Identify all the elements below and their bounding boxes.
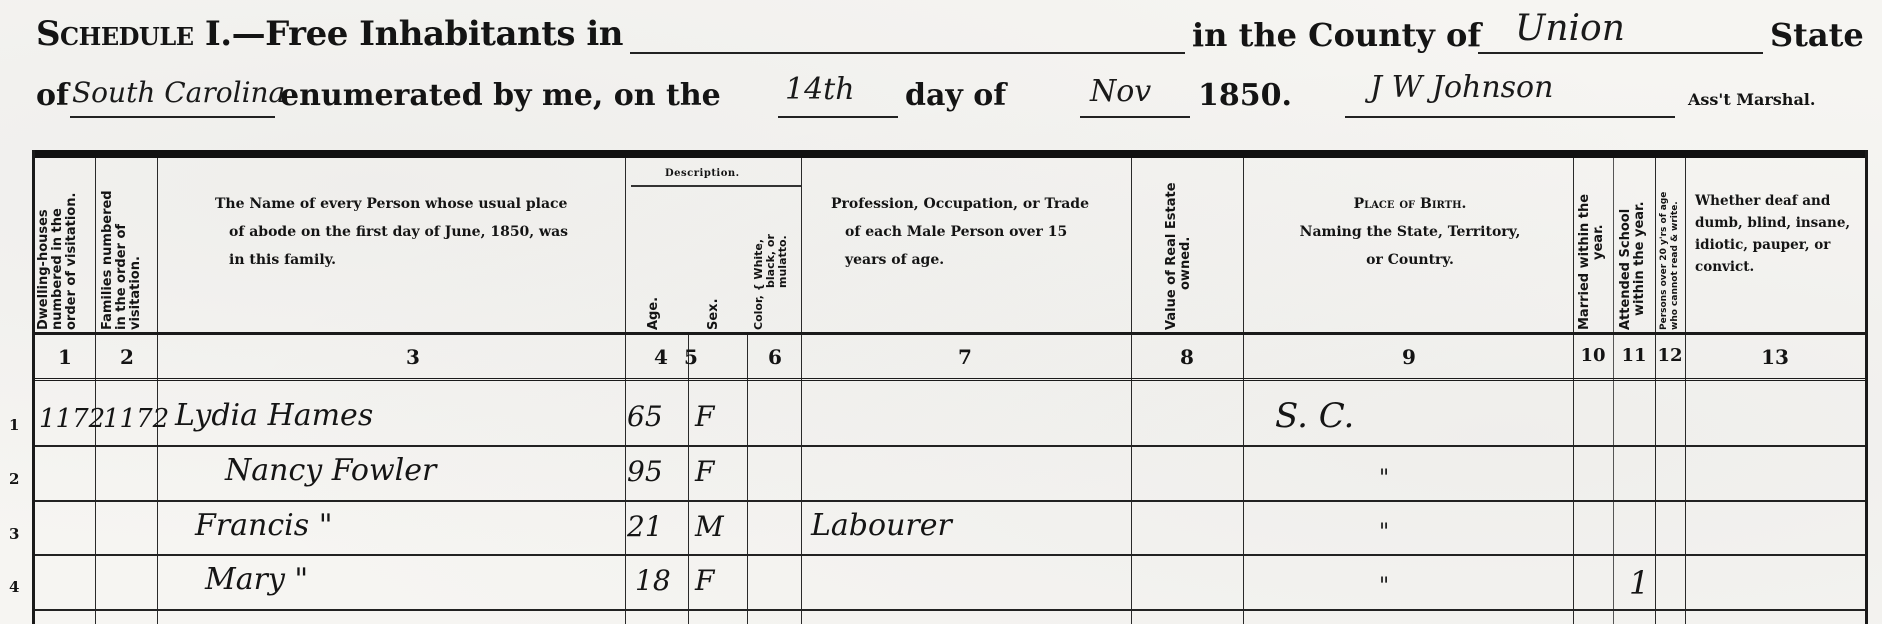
colnum-8: 8: [1180, 345, 1194, 369]
census-table: Description. Dwelling-housesnumbered in …: [32, 150, 1868, 624]
header-name: The Name of every Person whose usual pla…: [215, 190, 568, 274]
of-label: of: [36, 78, 69, 113]
state-value: South Carolina: [72, 76, 285, 109]
schedule-title: Schedule I.—Free Inhabitants in: [36, 14, 623, 54]
person-age: 65: [627, 400, 663, 433]
row-rule-3: [35, 554, 1865, 556]
day-value: 14th: [785, 72, 855, 107]
header-bottom-rule: [35, 332, 1865, 335]
schedule-title-text: —Free Inhabitants in: [232, 14, 623, 54]
header-birthplace: Place of Birth. Naming the State, Territ…: [1285, 190, 1535, 274]
person-name: Lydia Hames: [175, 398, 373, 433]
year-label: 1850.: [1198, 78, 1292, 113]
person-age: 21: [627, 510, 663, 543]
state-fill-line: [70, 116, 275, 118]
family-number: 1172: [103, 404, 169, 434]
header-family: Families numberedin the order ofvisitati…: [101, 190, 143, 330]
colnum-5: 5: [684, 345, 698, 369]
person-sex: F: [695, 400, 714, 433]
enumerated-label: enumerated by me, on the: [280, 78, 721, 113]
colnum-2: 2: [120, 345, 134, 369]
county-value: Union: [1515, 8, 1625, 49]
colnum-7: 7: [958, 345, 972, 369]
line-number-3: 3: [9, 525, 19, 543]
colnum-6: 6: [768, 345, 782, 369]
dwelling-number: 1172: [39, 404, 105, 434]
header-occupation: Profession, Occupation, or Trade of each…: [831, 190, 1089, 274]
line-number-2: 2: [9, 470, 19, 488]
county-fill-line: [1478, 52, 1763, 54]
school-mark: 1: [1629, 564, 1649, 602]
person-name: Francis ": [195, 508, 333, 543]
schedule-label: Schedule I.: [36, 14, 232, 54]
marshal-label: Ass't Marshal.: [1688, 90, 1815, 109]
colnum-12: 12: [1657, 345, 1682, 366]
county-label: in the County of: [1192, 16, 1481, 54]
town-blank-line: [630, 52, 1185, 54]
header-color: Color, { White,black, ormulatto.: [753, 234, 789, 330]
colnum-4: 4: [654, 345, 668, 369]
census-page: Schedule I.—Free Inhabitants in in the C…: [0, 0, 1882, 624]
person-sex: F: [695, 564, 714, 597]
day-fill-line: [778, 116, 898, 118]
row-rule-1: [35, 445, 1865, 447]
header-age: Age.: [647, 297, 661, 330]
colnum-1: 1: [58, 345, 72, 369]
colnum-11: 11: [1621, 345, 1646, 366]
marshal-fill-line: [1345, 116, 1675, 118]
birthplace: ": [1379, 574, 1389, 599]
person-name: Nancy Fowler: [225, 453, 436, 488]
birthplace: ": [1379, 466, 1389, 491]
row-rule-4: [35, 609, 1865, 611]
birthplace: S. C.: [1275, 396, 1354, 436]
person-sex: F: [695, 455, 714, 488]
header-condition: Whether deaf and dumb, blind, insane, id…: [1695, 190, 1850, 278]
description-group-label: Description.: [665, 160, 740, 188]
person-age: 95: [627, 455, 663, 488]
colnum-13: 13: [1761, 345, 1789, 369]
day-of-label: day of: [905, 78, 1006, 113]
line-number-1: 1: [9, 416, 19, 434]
table-top-bar: [35, 150, 1865, 158]
person-name: Mary ": [205, 562, 308, 597]
line-number-4: 4: [9, 578, 19, 596]
person-age: 18: [635, 564, 671, 597]
header-dwelling: Dwelling-housesnumbered in theorder of v…: [37, 193, 79, 330]
row-rule-2: [35, 500, 1865, 502]
month-fill-line: [1080, 116, 1190, 118]
state-label: State: [1770, 16, 1864, 54]
month-value: Nov: [1090, 74, 1151, 109]
header-illiterate: Persons over 20 y'rs of agewho cannot re…: [1659, 192, 1681, 330]
marshal-signature: J W Johnson: [1370, 70, 1553, 105]
colnum-9: 9: [1402, 345, 1416, 369]
person-sex: M: [695, 510, 724, 543]
header-sex: Sex.: [707, 298, 721, 330]
colnum-3: 3: [406, 345, 420, 369]
header-married: Married within theyear.: [1578, 194, 1606, 330]
header-real-estate: Value of Real Estateowned.: [1165, 182, 1193, 330]
birthplace: ": [1379, 520, 1389, 545]
header-school: Attended Schoolwithin the year.: [1619, 201, 1647, 330]
colnum-bottom-rule: [35, 378, 1865, 385]
colnum-10: 10: [1580, 345, 1605, 366]
occupation: Labourer: [811, 508, 952, 543]
